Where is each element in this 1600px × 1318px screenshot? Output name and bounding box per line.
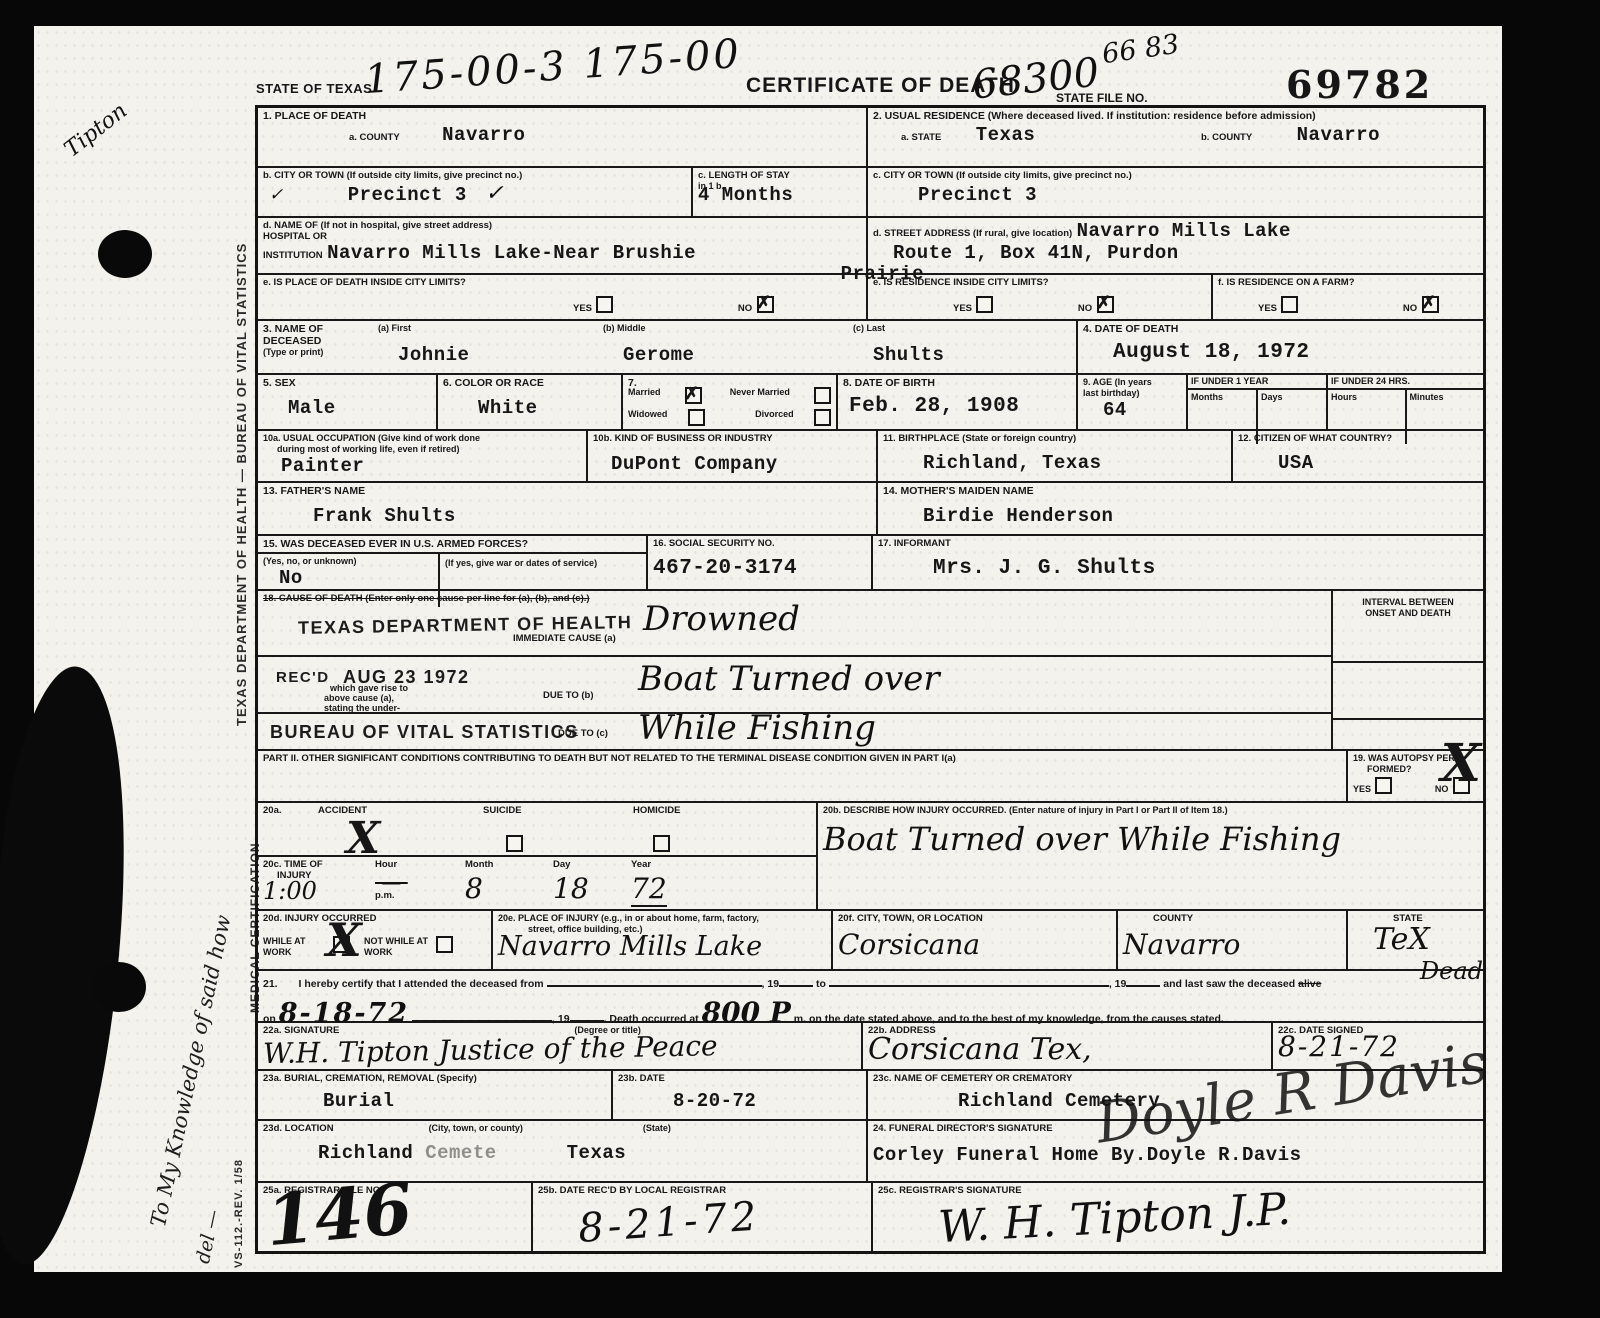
scanned-death-certificate: Tipton To My Knowledge of said how del —… <box>0 0 1600 1318</box>
dob-label: 8. DATE OF BIRTH <box>843 377 1071 389</box>
father-value: Frank Shults <box>313 505 871 527</box>
field-usual-occupation: 10a. USUAL OCCUPATION (Give kind of work… <box>258 431 588 481</box>
institution-label2: HOSPITAL OR <box>263 231 861 242</box>
autopsy-no-x-mark: X <box>1441 733 1481 794</box>
middle-name-label: (b) Middle <box>603 323 853 334</box>
institution-value-line2: Prairie <box>841 263 924 285</box>
mother-label: 14. MOTHER'S MAIDEN NAME <box>883 485 1478 497</box>
field-physician-address: 22b. ADDRESS Corsicana Tex, <box>863 1023 1273 1069</box>
ssn-value: 467-20-3174 <box>653 557 866 580</box>
certify-text-2: and last saw the deceased <box>1163 978 1295 990</box>
location-label: 23d. LOCATION <box>263 1123 334 1134</box>
checkbox-farm-yes <box>1281 296 1298 313</box>
informant-value: Mrs. J. G. Shults <box>933 557 1478 580</box>
field-place-of-injury: 20e. PLACE OF INJURY (e.g., in or about … <box>493 911 833 969</box>
residence-city-label: c. CITY OR TOWN (If outside city limits,… <box>873 170 1478 181</box>
interval-label2: ONSET AND DEATH <box>1333 608 1483 619</box>
father-label: 13. FATHER'S NAME <box>263 485 871 497</box>
hole-punch-bottom <box>92 962 146 1012</box>
year-value: 72 <box>631 872 667 907</box>
burial-date-label: 23b. DATE <box>618 1073 861 1084</box>
handwritten-fee-numbers: 175-00-3 175-00 <box>363 31 743 103</box>
field-length-of-stay: c. LENGTH OF STAY in 1 b. 4 Months <box>693 168 868 216</box>
field-institution: d. NAME OF (If not in hospital, give str… <box>258 218 868 273</box>
yes-label: YES <box>1258 303 1277 314</box>
due-to-c-label: DUE TO (c) <box>558 728 608 739</box>
field-cause-of-death: 18. CAUSE OF DEATH (Enter only one cause… <box>258 591 1333 749</box>
field-place-of-death: 1. PLACE OF DEATH a. COUNTY Navarro <box>258 108 868 166</box>
checkbox-married: ✗ <box>685 387 702 404</box>
no-label: NO <box>738 303 752 314</box>
deceased-dead-annotation: Dead <box>1420 957 1483 985</box>
handwritten-number-6683: 66 83 <box>1100 29 1181 70</box>
field-burial-cremation: 23a. BURIAL, CREMATION, REMOVAL (Specify… <box>258 1071 613 1119</box>
residence-farm-label: f. IS RESIDENCE ON A FARM? <box>1218 277 1478 288</box>
checkbox-homicide <box>653 835 670 852</box>
last-name-label: (c) Last <box>853 323 1071 334</box>
cause-b-value: Boat Turned over <box>638 659 940 699</box>
field-date-received: 25b. DATE REC'D BY LOCAL REGISTRAR 8-21-… <box>533 1183 873 1251</box>
blank-to <box>829 973 1109 987</box>
field-armed-forces: 15. WAS DECEASED EVER IN U.S. ARMED FORC… <box>258 536 648 589</box>
street-address-line2: Route 1, Box 41N, Purdon <box>893 242 1478 264</box>
residence-county-value: Navarro <box>1297 124 1380 146</box>
name-label2: DECEASED <box>263 335 378 347</box>
field-city-or-town-death: b. CITY OR TOWN (If outside city limits,… <box>258 168 693 216</box>
checkbox-never-married <box>814 387 831 404</box>
date-of-death-label: 4. DATE OF DEATH <box>1083 323 1478 335</box>
burial-value: Burial <box>323 1090 606 1112</box>
field-if-under-24-hrs: IF UNDER 24 HRS. Hours Minutes <box>1328 375 1483 429</box>
field-date-of-birth: 8. DATE OF BIRTH Feb. 28, 1908 <box>838 375 1078 429</box>
item-21-number: 21. <box>263 978 278 990</box>
blank-from <box>547 973 762 987</box>
field-street-address: d. STREET ADDRESS (If rural, give locati… <box>868 218 1483 273</box>
field-describe-injury: 20b. DESCRIBE HOW INJURY OCCURRED. (Ente… <box>818 803 1483 909</box>
injury-state-value: TeX <box>1373 922 1478 957</box>
armed-forces-sublabel1: (Yes, no, or unknown) <box>263 556 433 567</box>
describe-injury-label: 20b. DESCRIBE HOW INJURY OCCURRED. (Ente… <box>823 805 1478 816</box>
vertical-agency-label: TEXAS DEPARTMENT OF HEALTH — BUREAU OF V… <box>234 266 249 726</box>
institution-label3: INSTITUTION <box>263 250 323 261</box>
burial-label: 23a. BURIAL, CREMATION, REMOVAL (Specify… <box>263 1073 606 1084</box>
field-citizen: 12. CITIZEN OF WHAT COUNTRY? USA <box>1233 431 1483 481</box>
vertical-form-number: VS-112.-REV. 1/58 <box>233 1068 245 1268</box>
stamp-bureau-vital-statistics: BUREAU OF VITAL STATISTICS <box>270 722 579 743</box>
suicide-label: SUICIDE <box>483 805 633 816</box>
field-residence-on-farm: f. IS RESIDENCE ON A FARM? YES NO ✗ <box>1213 275 1483 319</box>
never-married-label: Never Married <box>730 387 790 404</box>
birthplace-value: Richland, Texas <box>923 452 1226 474</box>
residence-city-value: Precinct 3 <box>918 184 1478 206</box>
year-label: Year <box>631 859 811 870</box>
blank-19a <box>779 973 813 987</box>
field-registrar-signature: 25c. REGISTRAR'S SIGNATURE W. H. Tipton … <box>873 1183 1483 1251</box>
institution-label1: d. NAME OF (If not in hospital, give str… <box>263 220 861 231</box>
industry-label: 10b. KIND OF BUSINESS OR INDUSTRY <box>593 433 871 444</box>
location-state-value: Texas <box>567 1142 627 1164</box>
certify-to: to <box>816 978 826 990</box>
length-of-stay-label: c. LENGTH OF STAY <box>698 170 861 181</box>
field-accident-suicide-homicide: 20a. ACCIDENT SUICIDE HOMICIDE X <box>258 803 816 857</box>
cause-c-value: While Fishing <box>638 708 876 748</box>
occupation-label2: during most of working life, even if ret… <box>277 444 581 455</box>
state-value: Texas <box>976 124 1036 146</box>
check-mark-right: ✓ <box>485 181 503 206</box>
blank-on <box>412 1008 552 1022</box>
checkbox-widowed <box>688 409 705 426</box>
checkbox-farm-no: ✗ <box>1422 296 1439 313</box>
under-1-year-label: IF UNDER 1 YEAR <box>1188 375 1326 390</box>
field-city-or-town-residence: c. CITY OR TOWN (If outside city limits,… <box>868 168 1483 216</box>
checkbox-residence-limits-no: ✗ <box>1097 296 1114 313</box>
armed-forces-label: 15. WAS DECEASED EVER IN U.S. ARMED FORC… <box>258 536 646 552</box>
year-19-b: 19 <box>1115 978 1127 990</box>
length-of-stay-value: 4 Months <box>698 184 861 206</box>
divorced-label: Divorced <box>755 409 794 426</box>
part2-label: PART II. OTHER SIGNIFICANT CONDITIONS CO… <box>263 753 1341 764</box>
yes-label: YES <box>573 303 592 314</box>
location-city-value: Richland <box>318 1142 413 1164</box>
city-or-town-value: Precinct 3 <box>348 184 467 206</box>
month-label: Month <box>465 859 553 870</box>
burial-date-value: 8-20-72 <box>673 1090 861 1112</box>
address-value: Corsicana Tex, <box>868 1032 1266 1067</box>
injury-county-label: COUNTY <box>1153 913 1341 924</box>
funeral-director-value: Corley Funeral Home By.Doyle R.Davis <box>873 1144 1478 1166</box>
place-of-death-label: 1. PLACE OF DEATH <box>263 110 861 122</box>
while-at-work-x-mark: X <box>326 913 362 967</box>
field-physician-signature: 22a. SIGNATURE (Degree or title) W.H. Ti… <box>258 1023 863 1069</box>
industry-value: DuPont Company <box>611 453 871 475</box>
usual-residence-label: 2. USUAL RESIDENCE (Where deceased lived… <box>873 110 1478 122</box>
field-injury-occurred: 20d. INJURY OCCURRED WHILE AT WORK NOT W… <box>258 911 493 969</box>
field-marital-status: 7. Married ✗ Never Married Widowed Divor… <box>623 375 838 429</box>
describe-injury-value: Boat Turned over While Fishing <box>823 820 1478 858</box>
injury-county-value: Navarro <box>1123 928 1341 961</box>
registrar-file-value: 146 <box>263 1167 416 1262</box>
under-24-hrs-label: IF UNDER 24 HRS. <box>1328 375 1483 390</box>
field-sex: 5. SEX Male <box>258 375 438 429</box>
residence-county-label: b. COUNTY <box>1201 132 1252 143</box>
no-label: NO <box>1403 303 1417 314</box>
armed-forces-value: No <box>279 567 433 589</box>
interval-label1: INTERVAL BETWEEN <box>1333 597 1483 608</box>
field-social-security: 16. SOCIAL SECURITY NO. 467-20-3174 <box>648 536 873 589</box>
month-value: 8 <box>465 872 553 905</box>
state-sublabel: (State) <box>643 1123 671 1134</box>
field-informant: 17. INFORMANT Mrs. J. G. Shults <box>873 536 1483 589</box>
field-if-under-1-year: IF UNDER 1 YEAR Months Days <box>1188 375 1328 429</box>
checkbox-death-limits-yes <box>596 296 613 313</box>
married-label: Married <box>628 387 661 404</box>
dob-value: Feb. 28, 1908 <box>849 395 1071 418</box>
field-certification-statement: 21. I hereby certify that I attended the… <box>258 971 1483 1021</box>
state-file-number: 69782 <box>1286 62 1433 107</box>
cause-conditions-line3: stating the under- <box>324 703 400 714</box>
race-value: White <box>478 397 616 419</box>
citizen-value: USA <box>1278 452 1478 474</box>
certificate-paper: Tipton To My Knowledge of said how del —… <box>34 26 1502 1272</box>
sex-value: Male <box>288 397 431 419</box>
field-name-of-deceased: 3. NAME OF DECEASED (Type or print) (a) … <box>258 321 1078 373</box>
yes-label: YES <box>1353 784 1371 794</box>
field-interval-onset-death: INTERVAL BETWEEN ONSET AND DEATH <box>1333 591 1483 749</box>
birthplace-label: 11. BIRTHPLACE (State or foreign country… <box>883 433 1226 444</box>
immediate-cause-label: IMMEDIATE CAUSE (a) <box>513 633 616 644</box>
field-mothers-maiden-name: 14. MOTHER'S MAIDEN NAME Birdie Henderso… <box>878 483 1483 534</box>
field-age: 9. AGE (In years last birthday) 64 <box>1078 375 1188 429</box>
injury-occurred-label: 20d. INJURY OCCURRED <box>263 913 486 924</box>
age-label2: last birthday) <box>1083 388 1181 399</box>
field-burial-date: 23b. DATE 8-20-72 <box>613 1071 868 1119</box>
hour-label: Hour <box>375 859 465 870</box>
check-mark-left: ✓ <box>269 185 283 205</box>
stamp-recd: REC'D <box>276 669 330 686</box>
injury-city-label: 20f. CITY, TOWN, OR LOCATION <box>838 913 1111 924</box>
accident-x-mark: X <box>346 813 380 864</box>
death-city-limits-label: e. IS PLACE OF DEATH INSIDE CITY LIMITS? <box>263 277 861 288</box>
date-of-death-value: August 18, 1972 <box>1113 341 1478 364</box>
x-mark: ✗ <box>1422 293 1436 313</box>
location-city-value-faded: Cemete <box>425 1142 496 1164</box>
age-value: 64 <box>1103 399 1181 421</box>
field-injury-state: STATE TeX Dead <box>1348 911 1483 969</box>
accident-label: ACCIDENT <box>318 805 483 816</box>
institution-value: Navarro Mills Lake-Near Brushie <box>327 242 696 264</box>
checkbox-suicide <box>506 835 523 852</box>
field-date-of-death: 4. DATE OF DEATH August 18, 1972 <box>1078 321 1483 373</box>
field-part2-conditions: PART II. OTHER SIGNIFICANT CONDITIONS CO… <box>258 751 1348 801</box>
due-to-b-label: DUE TO (b) <box>543 690 594 701</box>
alive-struck: alive <box>1298 978 1321 990</box>
interval-cell-b <box>1333 663 1483 720</box>
name-label3: (Type or print) <box>263 347 378 358</box>
while-at-work-label: WHILE AT WORK <box>263 936 333 958</box>
hole-punch-top <box>98 230 152 278</box>
field-injury-county: COUNTY Navarro <box>1118 911 1348 969</box>
informant-label: 17. INFORMANT <box>878 538 1478 549</box>
checkbox-divorced <box>814 409 831 426</box>
street-address-label: d. STREET ADDRESS (If rural, give locati… <box>873 228 1072 239</box>
x-mark: ✗ <box>1097 293 1111 313</box>
city-or-town-label: b. CITY OR TOWN (If outside city limits,… <box>263 170 686 181</box>
field-registrar-file-no: 25a. REGISTRAR FILE NO. 146 <box>258 1183 533 1251</box>
field-death-inside-city-limits: e. IS PLACE OF DEATH INSIDE CITY LIMITS?… <box>258 275 868 319</box>
certify-text-1: I hereby certify that I attended the dec… <box>299 978 544 990</box>
x-mark: ✗ <box>685 384 699 404</box>
blank-19c <box>570 1008 604 1022</box>
field-injury-city: 20f. CITY, TOWN, OR LOCATION Corsicana <box>833 911 1118 969</box>
field-usual-residence: 2. USUAL RESIDENCE (Where deceased lived… <box>868 108 1483 166</box>
county-value: Navarro <box>442 124 525 146</box>
x-mark: ✗ <box>757 293 771 313</box>
homicide-label: HOMICIDE <box>633 805 681 816</box>
margin-handwriting-note2: del — <box>192 1208 225 1266</box>
mother-value: Birdie Henderson <box>923 505 1478 527</box>
checkbox-death-limits-no: ✗ <box>757 296 774 313</box>
day-value: 18 <box>553 872 631 905</box>
citizen-label: 12. CITIZEN OF WHAT COUNTRY? <box>1238 433 1478 444</box>
city-town-county-sublabel: (City, town, or county) <box>429 1123 523 1134</box>
field-fathers-name: 13. FATHER'S NAME Frank Shults <box>258 483 878 534</box>
injury-city-value: Corsicana <box>838 928 1111 961</box>
street-address-line1: Navarro Mills Lake <box>1077 220 1291 242</box>
checkbox-autopsy-yes <box>1375 777 1392 794</box>
first-name-value: Johnie <box>398 344 603 366</box>
place-of-injury-value: Navarro Mills Lake <box>498 931 826 962</box>
last-name-value: Shults <box>873 344 1071 366</box>
signature-label: 22a. SIGNATURE <box>263 1025 339 1036</box>
middle-name-value: Gerome <box>623 344 853 366</box>
state-file-no-label: STATE FILE NO. <box>1056 92 1148 106</box>
occupation-value: Painter <box>281 455 581 477</box>
no-label: NO <box>1078 303 1092 314</box>
time-value: 1:00 <box>263 877 375 905</box>
field-autopsy: 19. WAS AUTOPSY PER- FORMED? YES NO X <box>1348 751 1483 801</box>
checkbox-not-while-at-work <box>436 936 453 953</box>
field-color-or-race: 6. COLOR OR RACE White <box>438 375 623 429</box>
field-time-of-injury: 20c. TIME OF INJURY 1:00 Hour — p.m. Mon… <box>258 857 816 909</box>
margin-handwriting-note: To My Knowledge of said how <box>146 913 236 1229</box>
occupation-label1: 10a. USUAL OCCUPATION (Give kind of work… <box>263 433 581 444</box>
ssn-label: 16. SOCIAL SECURITY NO. <box>653 538 866 549</box>
checkbox-residence-limits-yes <box>976 296 993 313</box>
margin-handwriting-tipton: Tipton <box>60 98 132 162</box>
blank-19b <box>1126 973 1160 987</box>
widowed-label: Widowed <box>628 409 667 426</box>
sex-label: 5. SEX <box>263 377 431 389</box>
county-label: a. COUNTY <box>349 132 400 143</box>
field-business-industry: 10b. KIND OF BUSINESS OR INDUSTRY DuPont… <box>588 431 878 481</box>
year-19-a: 19 <box>767 978 779 990</box>
item-20a-label: 20a. <box>263 805 318 816</box>
pm-value: p.m. <box>375 890 465 901</box>
race-label: 6. COLOR OR RACE <box>443 377 616 389</box>
state-of-texas-label: STATE OF TEXAS <box>256 82 372 97</box>
yes-label: YES <box>953 303 972 314</box>
field-birthplace: 11. BIRTHPLACE (State or foreign country… <box>878 431 1233 481</box>
day-label: Day <box>553 859 631 870</box>
name-label1: 3. NAME OF <box>263 323 378 335</box>
first-name-label: (a) First <box>378 323 603 334</box>
state-label: a. STATE <box>901 132 941 143</box>
not-while-at-work-label: NOT WHILE AT WORK <box>364 936 436 958</box>
age-label1: 9. AGE (In years <box>1083 377 1181 388</box>
cause-a-value: Drowned <box>643 599 800 639</box>
place-of-injury-label1: 20e. PLACE OF INJURY (e.g., in or about … <box>498 913 826 924</box>
